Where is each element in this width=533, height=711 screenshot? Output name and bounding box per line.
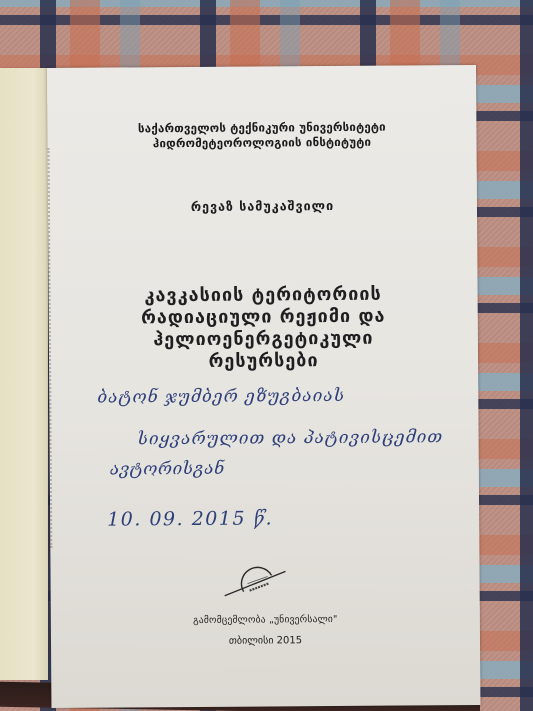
title-line: კავკასიის ტერიტორიის — [49, 283, 478, 308]
inscription-line: ბატონ ჯუმბერ ეზუგბაიას — [97, 386, 345, 408]
inscription-line: სიყვარულით და პატივისცემით — [138, 427, 444, 449]
book-cover-edge — [0, 68, 48, 680]
author-name: რევაზ სამუკაშვილი — [48, 197, 477, 215]
inscription-line: ავტორისგან — [110, 459, 225, 480]
inscription-date: 10. 09. 2015 წ. — [107, 507, 273, 530]
publisher-logo-icon — [221, 561, 291, 601]
title-line: ჰელიოენერგეტიკული — [49, 327, 478, 352]
institution-name: საქართველოს ტექნიკური უნივერსიტეტი ჰიდრო… — [47, 119, 476, 152]
title-page: საქართველოს ტექნიკური უნივერსიტეტი ჰიდრო… — [47, 65, 480, 708]
institution-line: ჰიდრომეტეოროლოგიის ინსტიტუტი — [47, 134, 476, 152]
city-and-year: თბილისი 2015 — [51, 634, 480, 648]
title-line: რესურსები — [49, 349, 478, 374]
book-title: კავკასიის ტერიტორიის რადიაციული რეჟიმი დ… — [49, 283, 479, 374]
publisher-name: გამომცემლობა „უნივერსალი" — [51, 613, 480, 627]
title-line: რადიაციული რეჟიმი და — [49, 305, 478, 330]
